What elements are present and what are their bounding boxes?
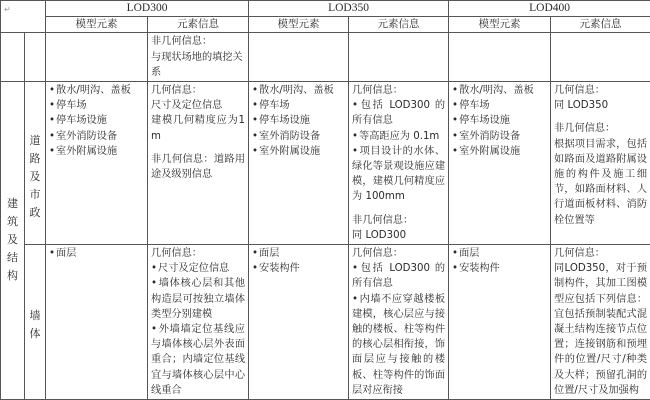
road-label-cell: 道 路 及 市 政 bbox=[25, 82, 46, 245]
wall-lod400-elements: 面层 安装构件 bbox=[449, 245, 551, 387]
lod400-header: LOD400 bbox=[449, 1, 650, 17]
site-category-cell bbox=[1, 33, 25, 82]
wall-lod300-info: 几何信息： 尺寸及定位信息 墙体核心层和其他构造层可按独立墙体类型分别建模 外墙… bbox=[148, 245, 249, 387]
lod350-header: LOD350 bbox=[249, 1, 449, 17]
wall-lod350-elements: 面层 安装构件 bbox=[249, 245, 349, 387]
lod300-element-info-header: 元素信息 bbox=[148, 17, 249, 33]
lod-header-row: ↵ LOD300 LOD350 LOD400 bbox=[1, 1, 650, 17]
site-lod300-elements bbox=[46, 33, 148, 82]
sub-header-row: 模型元素 元素信息 模型元素 元素信息 模型元素 元素信息 bbox=[1, 17, 650, 33]
site-lod300-info: 非几何信息： 与现状场地的填挖关系 bbox=[148, 33, 249, 82]
wall-lod300-elements: 面层 bbox=[46, 245, 148, 387]
road-lod300-elements: 散水/明沟、盖板 停车场 停车场设施 室外消防设备 室外附属设施 bbox=[46, 82, 148, 245]
wall-lod400-info: 几何信息： 同LOD350，对于预制构件，其加工图模型应包括下列信息：宜包括预制… bbox=[551, 245, 650, 387]
road-row: 建 筑 及 结 构 道 路 及 市 政 散水/明沟、盖板 停车场 停车场设施 室… bbox=[1, 82, 650, 245]
road-lod400-elements: 散水/明沟、盖板 停车场 停车场设施 室外消防设备 室外附属设施 bbox=[449, 82, 551, 245]
site-lod350-elements bbox=[249, 33, 349, 82]
site-lod400-info bbox=[551, 33, 650, 82]
category-label-cell: 建 筑 及 结 构 bbox=[1, 82, 25, 387]
lod400-element-info-header: 元素信息 bbox=[551, 17, 650, 33]
road-lod300-info: 几何信息： 尺寸及定位信息 建模几何精度应为1m 非几何信息：道路用途及级别信息 bbox=[148, 82, 249, 245]
corner-cell: ↵ bbox=[1, 1, 46, 33]
lod350-model-elements-header: 模型元素 bbox=[249, 17, 349, 33]
lod300-model-elements-header: 模型元素 bbox=[46, 17, 148, 33]
wall-lod350-info: 几何信息： 包括 LOD300 的所有信息 内墙不应穿越楼板建模，核心层应与接触… bbox=[349, 245, 449, 387]
road-lod350-info: 几何信息： 包括 LOD300 的所有信息 等高距应为 0.1m 项目设计的水体… bbox=[349, 82, 449, 245]
wall-row: 墙 体 面层 几何信息： 尺寸及定位信息 墙体核心层和其他构造层可按独立墙体类型… bbox=[1, 245, 650, 387]
lod350-element-info-header: 元素信息 bbox=[349, 17, 449, 33]
wall-label-cell: 墙 体 bbox=[25, 245, 46, 387]
site-row: 非几何信息： 与现状场地的填挖关系 bbox=[1, 33, 650, 82]
site-lod350-info bbox=[349, 33, 449, 82]
site-lod400-elements bbox=[449, 33, 551, 82]
site-subcategory-cell bbox=[25, 33, 46, 82]
road-lod400-info: 几何信息： 同 LOD350 非几何信息： 根据项目需求，包括如路面及道路附属设… bbox=[551, 82, 650, 245]
lod-specification-table: ↵ LOD300 LOD350 LOD400 模型元素 元素信息 模型元素 元素… bbox=[0, 0, 650, 387]
lod300-header: LOD300 bbox=[46, 1, 249, 17]
road-lod350-elements: 散水/明沟、盖板 停车场 停车场设施 室外消防设备 室外附属设施 bbox=[249, 82, 349, 245]
lod400-model-elements-header: 模型元素 bbox=[449, 17, 551, 33]
